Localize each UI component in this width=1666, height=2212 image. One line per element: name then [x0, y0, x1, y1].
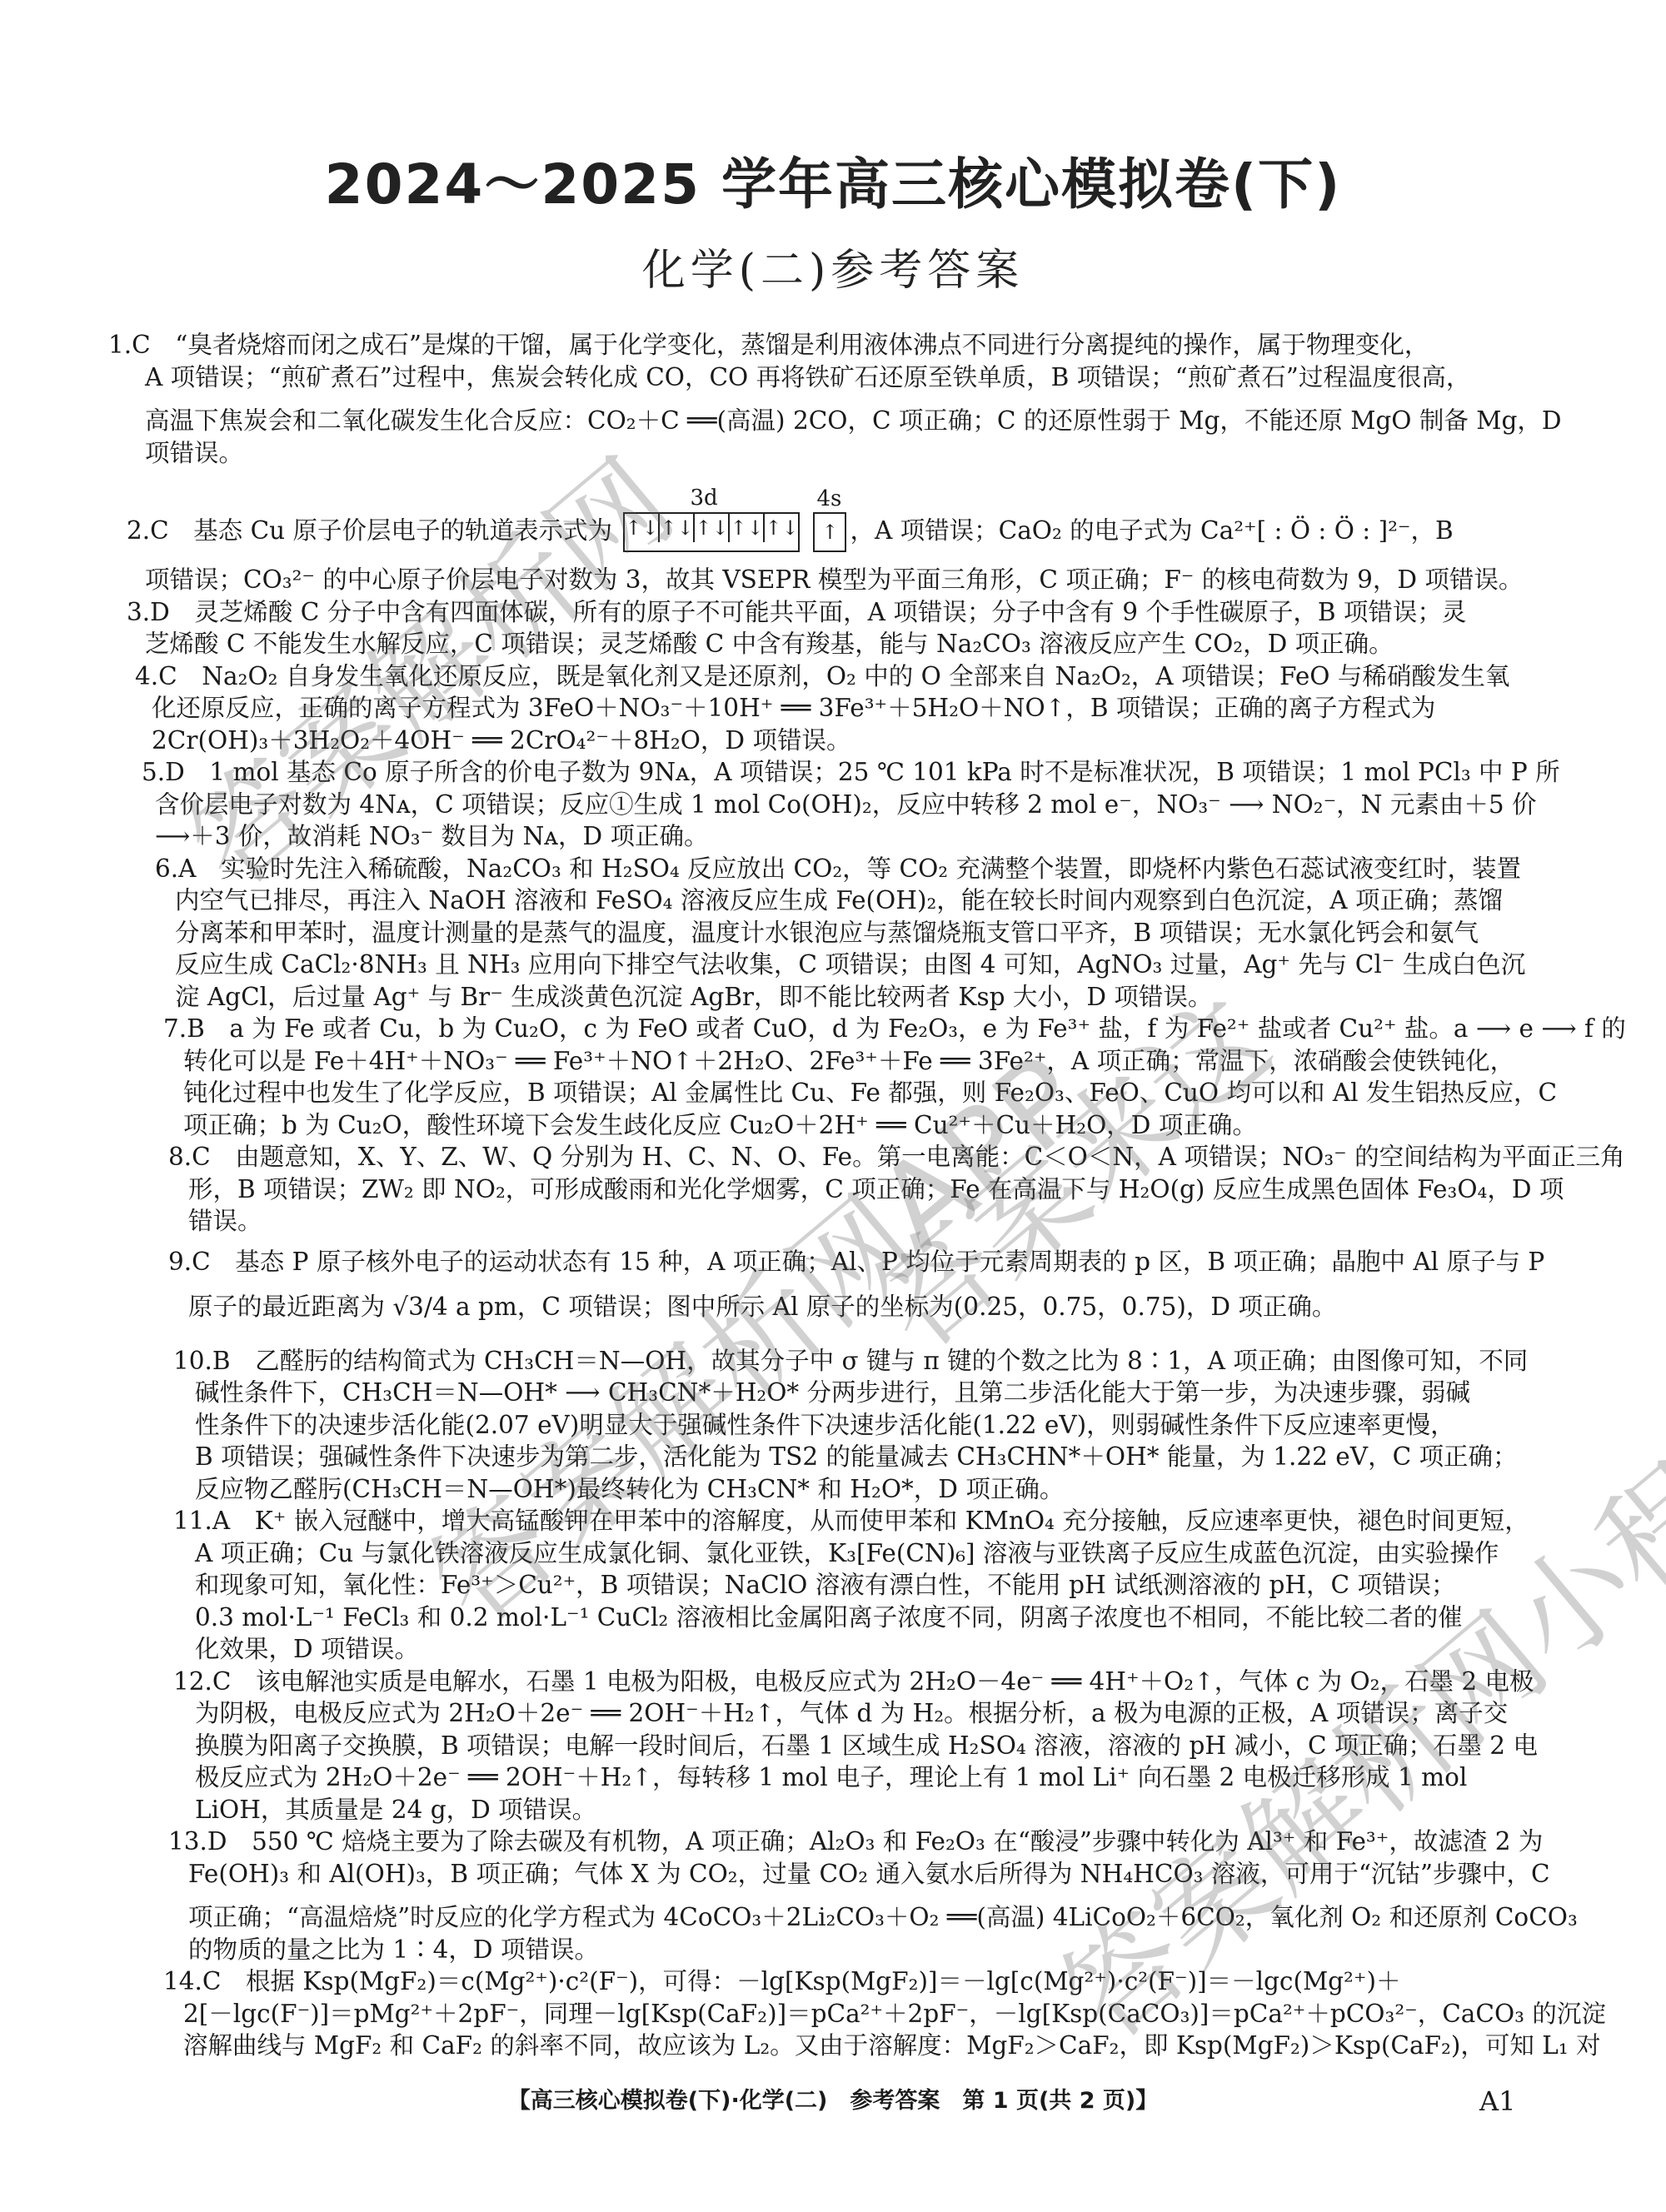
answer-number: 2.C	[127, 516, 169, 545]
answer-item-13: 13.D 550 ℃ 焙烧主要为了除去碳及有机物，A 项正确；Al₂O₃ 和 F…	[108, 1826, 1508, 1965]
page-subtitle: 化学(二)参考答案	[0, 235, 1666, 297]
answer-number: 14.C	[163, 1967, 222, 1995]
answer-item-10: 10.B 乙醛肟的结构简式为 CH₃CH＝N—OH，故其分子中 σ 键与 π 键…	[108, 1345, 1508, 1506]
answer-number: 11.A	[173, 1507, 230, 1535]
answer-item-6: 6.A 实验时先注入稀硫酸，Na₂CO₃ 和 H₂SO₄ 反应放出 CO₂，等 …	[108, 853, 1508, 1014]
answer-number: 1.C	[108, 331, 151, 359]
page-title: 2024～2025 学年高三核心模拟卷(下)	[0, 140, 1666, 219]
answer-number: 13.D	[168, 1827, 227, 1856]
answer-number: 4.C	[135, 662, 177, 690]
answer-item-11: 11.A K⁺ 嵌入冠醚中，增大高锰酸钾在甲苯中的溶解度，从而使甲苯和 KMnO…	[108, 1505, 1508, 1666]
answer-item-14: 14.C 根据 Ksp(MgF₂)＝c(Mg²⁺)·c²(F⁻)，可得：－lg[…	[108, 1965, 1508, 2062]
orbital-box: ↑↓	[625, 514, 660, 542]
answer-item-2: 2.C 基态 Cu 原子价层电子的轨道表示式为 3d ↑↓ ↑↓ ↑↓ ↑↓ ↑…	[108, 512, 1508, 596]
orbital-box: ↑↓	[695, 514, 730, 542]
answer-number: 9.C	[168, 1248, 211, 1276]
answer-number: 7.B	[163, 1014, 205, 1043]
document-page: 2024～2025 学年高三核心模拟卷(下) 化学(二)参考答案 1.C “臭者…	[0, 0, 1666, 2212]
answer-item-1: 1.C “臭者烧熔而闭之成石”是煤的干馏，属于化学变化，蒸馏是利用液体沸点不同进…	[108, 329, 1508, 469]
answer-item-3: 3.D 灵芝烯酸 C 分子中含有四面体碳，所有的原子不可能共平面，A 项错误；分…	[108, 596, 1508, 660]
page-code: A1	[1479, 2085, 1515, 2117]
answer-item-12: 12.C 该电解池实质是电解水，石墨 1 电极为阳极，电极反应式为 2H₂O－4…	[108, 1666, 1508, 1826]
answer-number: 12.C	[173, 1667, 232, 1696]
answer-item-7: 7.B a 为 Fe 或者 Cu，b 为 Cu₂O，c 为 FeO 或者 CuO…	[108, 1013, 1508, 1141]
orbital-box: ↑↓	[660, 514, 695, 542]
page-footer: 【高三核心模拟卷(下)·化学(二) 参考答案 第 1 页(共 2 页)】	[0, 2082, 1666, 2115]
orbital-diagram-3d: 3d ↑↓ ↑↓ ↑↓ ↑↓ ↑↓ 4s ↑	[623, 512, 846, 552]
answer-number: 6.A	[155, 854, 196, 883]
answer-item-5: 5.D 1 mol 基态 Co 原子所含的价电子数为 9Nᴀ，A 项错误；25 …	[108, 756, 1508, 853]
answer-list: 1.C “臭者烧熔而闭之成石”是煤的干馏，属于化学变化，蒸馏是利用液体沸点不同进…	[108, 329, 1508, 2062]
answer-number: 10.B	[173, 1347, 231, 1375]
answer-item-9: 9.C 基态 P 原子核外电子的运动状态有 15 种，A 项正确；Al、P 均位…	[108, 1246, 1508, 1323]
orbital-box: ↑↓	[730, 514, 765, 542]
answer-number: 3.D	[127, 598, 170, 626]
answer-item-4: 4.C Na₂O₂ 自身发生氧化还原反应，既是氧化剂又是还原剂，O₂ 中的 O …	[108, 660, 1508, 757]
answer-number: 8.C	[168, 1143, 211, 1171]
orbital-box: ↑↓	[765, 514, 798, 542]
answer-number: 5.D	[142, 758, 185, 786]
answer-item-8: 8.C 由题意知，X、Y、Z、W、Q 分别为 H、C、N、O、Fe。第一电离能：…	[108, 1141, 1508, 1238]
orbital-box-4s: 4s ↑	[813, 512, 846, 552]
